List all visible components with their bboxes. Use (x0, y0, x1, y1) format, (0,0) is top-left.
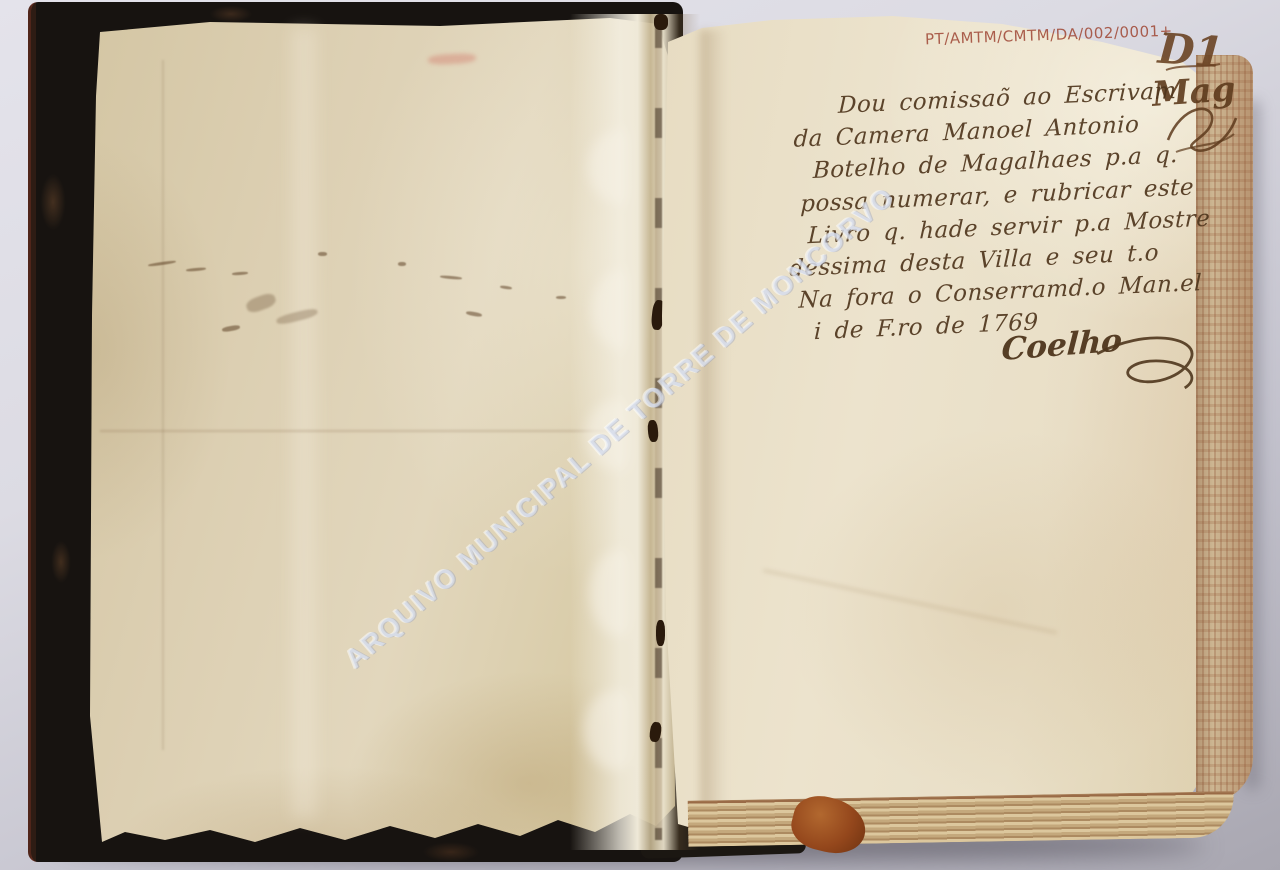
gutter-tear (656, 620, 665, 646)
photo-open-manuscript-book: PT/AMTM/CMTM/DA/002/0001+ D1 Mag Dou com… (0, 0, 1280, 870)
page-bottom-edges (688, 791, 1235, 847)
left-page-crease (162, 60, 164, 750)
right-page-crease (700, 30, 726, 822)
gutter-tear (654, 14, 668, 30)
ink-offset-mark (318, 252, 327, 256)
signature-flourish-icon (1086, 331, 1209, 396)
ink-offset-mark (398, 262, 406, 266)
left-page-crease (292, 28, 316, 818)
ink-offset-mark (556, 296, 566, 299)
